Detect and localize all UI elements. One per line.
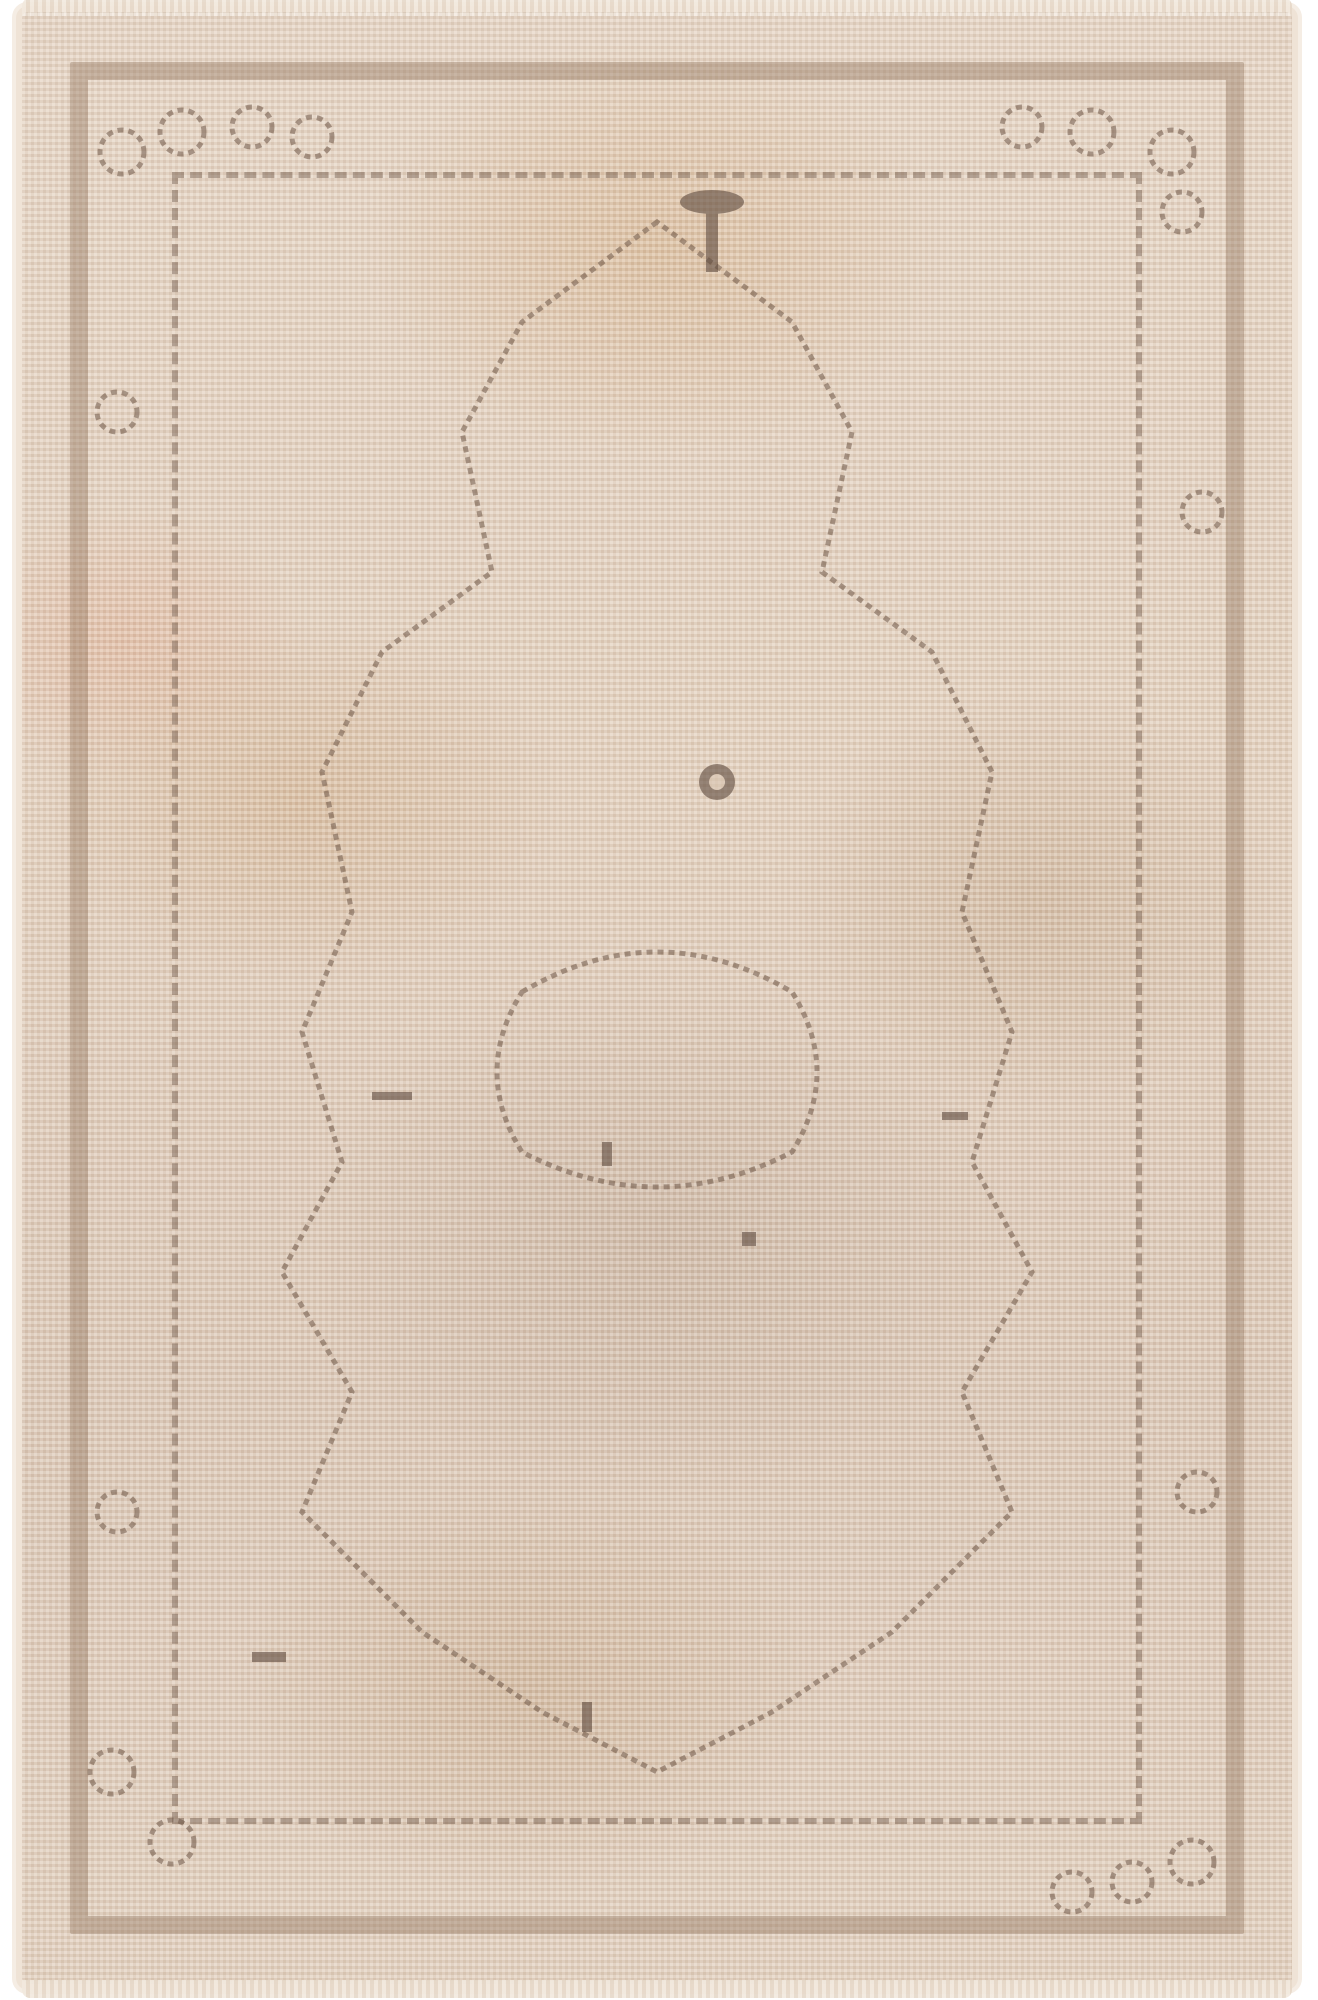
bottom-fringe: [22, 1980, 1292, 1998]
rug: [22, 12, 1292, 1984]
rug-pattern: [22, 12, 1292, 1984]
